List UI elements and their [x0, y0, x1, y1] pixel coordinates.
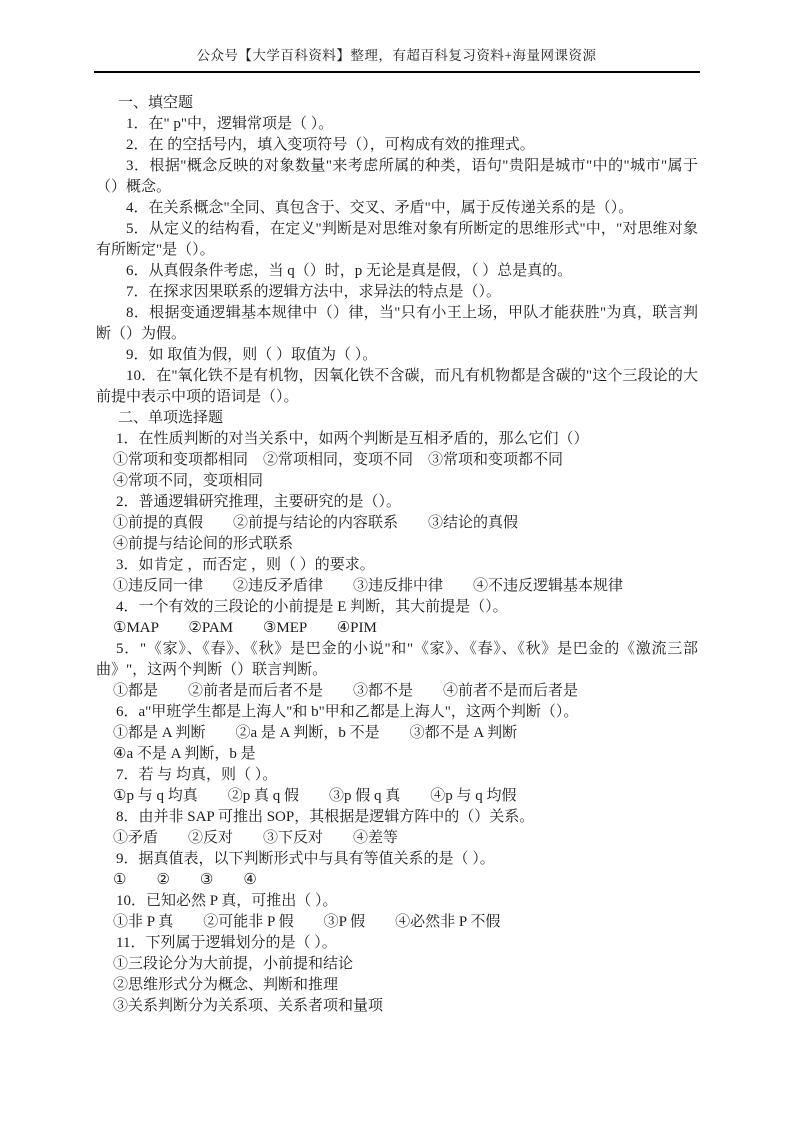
fill-item: 1．在" p"中，逻辑常项是（ ）。	[96, 114, 698, 135]
choice-item: 1．在性质判断的对当关系中，如两个判断是互相矛盾的，那么它们（）	[96, 429, 698, 450]
fill-item: 7．在探求因果联系的逻辑方法中，求异法的特点是（）。	[96, 282, 698, 303]
fill-item: 10．在"氧化铁不是有机物，因氧化铁不含碳，而凡有机物都是含碳的"这个三段论的大…	[96, 366, 698, 408]
choice-item: 9．据真值表，以下判断形式中与具有等值关系的是（ ）。	[96, 849, 698, 870]
section-heading: 一、填空题	[96, 93, 698, 114]
choice-item: 3．如肯定 ，而否定 ，则（ ）的要求。	[96, 555, 698, 576]
fill-item: 9．如 取值为假，则（ ）取值为（ ）。	[96, 345, 698, 366]
option-line: ①三段论分为大前提，小前提和结论	[96, 954, 698, 975]
document-body: 一、填空题1．在" p"中，逻辑常项是（ ）。2．在 的空括号内，填入变项符号（…	[96, 93, 698, 1017]
choice-item: 7．若 与 均真，则（ ）。	[96, 765, 698, 786]
option-line: ①都是 A 判断 ②a 是 A 判断，b 不是 ③都不是 A 判断	[96, 723, 698, 744]
choice-item: 6．a"甲班学生都是上海人"和 b"甲和乙都是上海人"，这两个判断（）。	[96, 702, 698, 723]
option-line: ④a 不是 A 判断，b 是	[96, 744, 698, 765]
fill-item: 8．根据变通逻辑基本规律中（）律，当"只有小王上场，甲队才能获胜"为真，联言判断…	[96, 303, 698, 345]
option-line: ①都是 ②前者是而后者不是 ③都不是 ④前者不是而后者是	[96, 681, 698, 702]
choice-item: 4．一个有效的三段论的小前提是 E 判断，其大前提是（）。	[96, 597, 698, 618]
fill-item: 2．在 的空括号内，填入变项符号（），可构成有效的推理式。	[96, 135, 698, 156]
option-line: ③关系判断分为关系项、关系者项和量项	[96, 996, 698, 1017]
choice-item: 2．普通逻辑研究推理，主要研究的是（）。	[96, 492, 698, 513]
header-title: 公众号【大学百科资料】整理，有超百科复习资料+海量网课资源	[196, 48, 596, 63]
option-line: ④前提与结论间的形式联系	[96, 534, 698, 555]
option-line: ①矛盾 ②反对 ③下反对 ④差等	[96, 828, 698, 849]
option-line: ①违反同一律 ②违反矛盾律 ③违反排中律 ④不违反逻辑基本规律	[96, 576, 698, 597]
choice-item: 8．由并非 SAP 可推出 SOP，其根据是逻辑方阵中的（）关系。	[96, 807, 698, 828]
fill-item: 6．从真假条件考虑，当 q（）时，p 无论是真是假，（ ）总是真的。	[96, 261, 698, 282]
fill-item: 5．从定义的结构看，在定义"判断是对思维对象有所断定的思维形式"中，"对思维对象…	[96, 219, 698, 261]
section-heading: 二、单项选择题	[96, 408, 698, 429]
choice-item: 10．已知必然 P 真，可推出（ ）。	[96, 891, 698, 912]
page-header: 公众号【大学百科资料】整理，有超百科复习资料+海量网课资源	[94, 47, 700, 73]
document-page: 公众号【大学百科资料】整理，有超百科复习资料+海量网课资源 一、填空题1．在" …	[0, 0, 793, 1122]
fill-item: 4．在关系概念"全同、真包含于、交叉、矛盾"中，属于反传递关系的是（）。	[96, 198, 698, 219]
choice-item: 11．下列属于逻辑划分的是（ ）。	[96, 933, 698, 954]
option-line: ①非 P 真 ②可能非 P 假 ③P 假 ④必然非 P 不假	[96, 912, 698, 933]
option-line: ①前提的真假 ②前提与结论的内容联系 ③结论的真假	[96, 513, 698, 534]
choice-item: 5．"《家》、《春》、《秋》是巴金的小说"和"《家》、《春》、《秋》是巴金的《激…	[96, 639, 698, 681]
option-line: ①MAP ②PAM ③MEP ④PIM	[96, 618, 698, 639]
option-line: ④常项不同，变项相同	[96, 471, 698, 492]
fill-item: 3．根据"概念反映的对象数量"来考虑所属的种类，语句"贵阳是城市"中的"城市"属…	[96, 156, 698, 198]
option-line: ①常项和变项都相同 ②常项相同，变项不同 ③常项和变项都不同	[96, 450, 698, 471]
option-line: ① ② ③ ④	[96, 870, 698, 891]
option-line: ①p 与 q 均真 ②p 真 q 假 ③p 假 q 真 ④p 与 q 均假	[96, 786, 698, 807]
option-line: ②思维形式分为概念、判断和推理	[96, 975, 698, 996]
